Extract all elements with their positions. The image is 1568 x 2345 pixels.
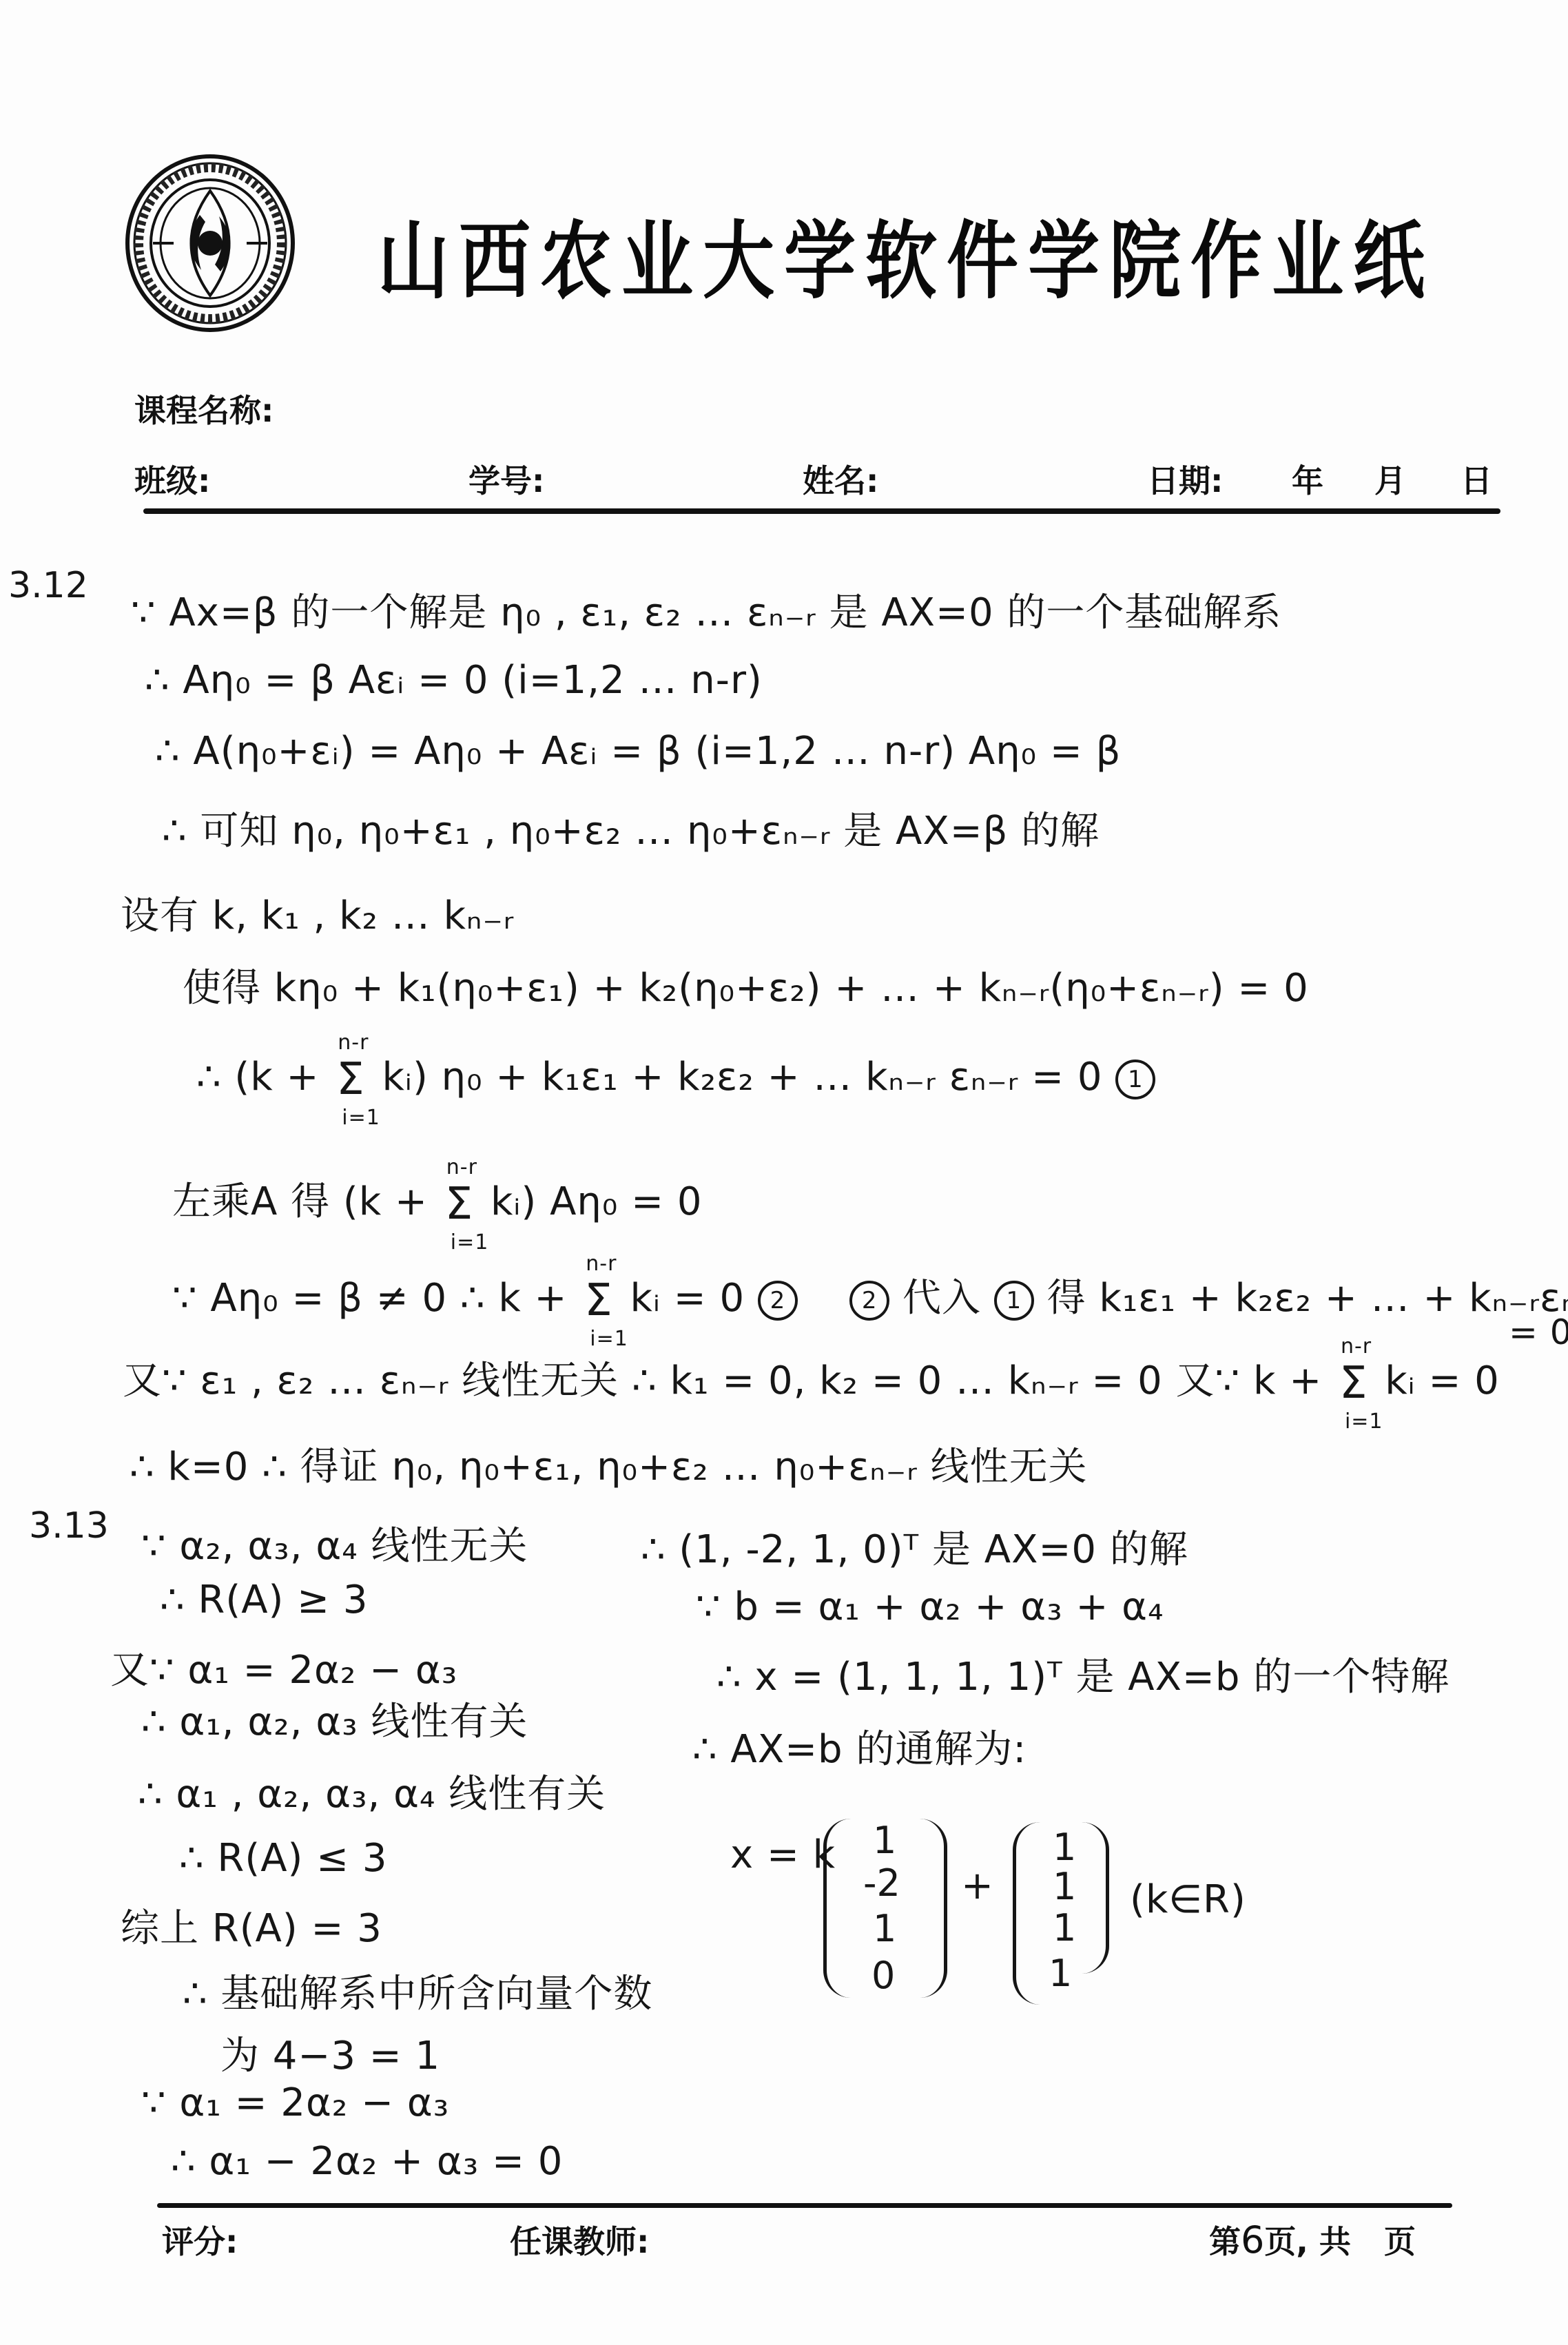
sum-upper-limit: n-r bbox=[1341, 1334, 1372, 1359]
header-divider bbox=[143, 508, 1500, 514]
solution-line: 使得 kη₀ + k₁(η₀+ε₁) + k₂(η₀+ε₂) + … + kₙ₋… bbox=[183, 958, 1309, 1013]
total-pages-suffix: 页 bbox=[1384, 2223, 1416, 2260]
equation-suffix: kᵢ) η₀ + k₁ε₁ + k₂ε₂ + … kₙ₋ᵣ εₙ₋ᵣ = 0 bbox=[382, 1055, 1103, 1099]
solution-line: ∴ α₁, α₂, α₃ 线性有关 bbox=[141, 1691, 528, 1746]
solution-line: ∵ Ax=β 的一个解是 η₀ , ε₁, ε₂ … εₙ₋ᵣ 是 AX=0 的… bbox=[131, 582, 1281, 637]
left-paren bbox=[823, 1819, 854, 1998]
class-label: 班级: bbox=[134, 456, 210, 502]
equation-prefix: ∵ Aη₀ = β ≠ 0 ∴ k + bbox=[172, 1276, 567, 1321]
solution-line: 设有 k, k₁ , k₂ … kₙ₋ᵣ bbox=[121, 885, 514, 940]
footer-divider bbox=[157, 2203, 1452, 2208]
solution-line: ∴ R(A) ≤ 3 bbox=[179, 1836, 388, 1881]
right-paren bbox=[916, 1819, 947, 1998]
problem-number: 3.13 bbox=[29, 1505, 109, 1547]
vector-entry: 0 bbox=[871, 1954, 895, 1997]
equation-marker-1: 1 bbox=[1115, 1060, 1155, 1099]
substitute-result-tail: = 0 bbox=[1509, 1312, 1568, 1352]
vector-entry: 1 bbox=[873, 1907, 896, 1950]
equation-suffix: kᵢ = 0 bbox=[630, 1276, 745, 1321]
sum-upper-limit: n-r bbox=[446, 1155, 477, 1179]
conclusion-line: ∴ k=0 ∴ 得证 η₀, η₀+ε₁, η₀+ε₂ … η₀+εₙ₋ᵣ 线性… bbox=[130, 1436, 1088, 1491]
sum-lower-limit: i=1 bbox=[590, 1327, 628, 1351]
student-name-label: 姓名: bbox=[803, 456, 878, 502]
equation-suffix: kᵢ = 0 bbox=[1385, 1359, 1500, 1403]
equation-prefix: 左乘A 得 (k + bbox=[172, 1179, 428, 1224]
k-condition: (k∈R) bbox=[1130, 1877, 1246, 1922]
sum-lower-limit: i=1 bbox=[342, 1106, 380, 1130]
solution-line: ∵ α₁ = 2α₂ − α₃ bbox=[141, 2080, 449, 2125]
solution-line: ∴ A(η₀+εᵢ) = Aη₀ + Aεᵢ = β (i=1,2 … n-r)… bbox=[155, 729, 1121, 774]
solution-line: ∴ R(A) ≥ 3 bbox=[160, 1578, 369, 1622]
vector-1: 1 -2 1 0 bbox=[823, 1819, 947, 2005]
solution-line: ∴ AX=b 的通解为: bbox=[692, 1719, 1027, 1774]
equation-prefix: ∴ (k + bbox=[196, 1055, 319, 1099]
summation-symbol: n-rΣi=1 bbox=[1339, 1358, 1368, 1409]
page-prefix: 第 bbox=[1209, 2223, 1241, 2260]
right-paren bbox=[1078, 1822, 1109, 1974]
sum-sign: Σ bbox=[445, 1179, 473, 1230]
solution-line: ∵ α₂, α₃, α₄ 线性无关 bbox=[141, 1516, 528, 1571]
solution-line: ∴ x = (1, 1, 1, 1)ᵀ 是 AX=b 的一个特解 bbox=[716, 1646, 1450, 1702]
equation-suffix: kᵢ) Aη₀ = 0 bbox=[491, 1179, 703, 1224]
sum-lower-limit: i=1 bbox=[1345, 1409, 1383, 1434]
day-label: 日 bbox=[1461, 456, 1492, 502]
summation-symbol: n-rΣi=1 bbox=[445, 1179, 473, 1230]
sum-upper-limit: n-r bbox=[586, 1252, 617, 1276]
solution-line: ∴ 可知 η₀, η₀+ε₁ , η₀+ε₂ … η₀+εₙ₋ᵣ 是 AX=β … bbox=[162, 800, 1100, 856]
page-suffix: 页, 共 bbox=[1264, 2223, 1351, 2260]
general-solution-prefix: x = k bbox=[730, 1832, 836, 1877]
vector-entry: 1 bbox=[1053, 1826, 1076, 1869]
vector-entry: 1 bbox=[1053, 1865, 1076, 1908]
solution-line: 综上 R(A) = 3 bbox=[121, 1898, 382, 1953]
vector-entry: -2 bbox=[863, 1861, 900, 1905]
solution-line: ∴ Aη₀ = β Aεᵢ = 0 (i=1,2 … n-r) bbox=[145, 658, 763, 703]
equation-marker-2-ref: 2 bbox=[849, 1281, 889, 1321]
equation-marker-1-ref: 1 bbox=[994, 1281, 1034, 1321]
sum-sign: Σ bbox=[336, 1054, 364, 1105]
vector-entry: 1 bbox=[873, 1819, 896, 1862]
score-label: 评分: bbox=[162, 2217, 238, 2262]
equation-marker-2: 2 bbox=[758, 1281, 798, 1321]
page-title: 山西农业大学软件学院作业纸 bbox=[378, 193, 1434, 315]
solution-line: ∴ (1, -2, 1, 0)ᵀ 是 AX=0 的解 bbox=[641, 1519, 1188, 1574]
university-seal-icon bbox=[124, 153, 296, 333]
plus-sign: + bbox=[961, 1863, 994, 1908]
page-indicator: 第6页, 共 页 bbox=[1209, 2217, 1416, 2262]
solution-line: ∴ 基础解系中所含向量个数 bbox=[183, 1963, 652, 2018]
date-label: 日期: bbox=[1147, 456, 1223, 502]
since-line: ∵ Aη₀ = β ≠ 0 ∴ k + n-rΣi=1 kᵢ = 0 2 2 代… bbox=[172, 1268, 1568, 1326]
solution-line: ∵ b = α₁ + α₂ + α₃ + α₄ bbox=[696, 1584, 1164, 1629]
substitute-result: 得 k₁ε₁ + k₂ε₂ + … + kₙ₋ᵣεₙ₋ᵣ bbox=[1047, 1276, 1568, 1321]
solution-line: ∴ α₁ , α₂, α₃, α₄ 线性有关 bbox=[138, 1764, 606, 1819]
solution-line: 为 4−3 = 1 bbox=[220, 2025, 440, 2080]
teacher-label: 任课教师: bbox=[510, 2217, 649, 2262]
summation-symbol: n-rΣi=1 bbox=[336, 1054, 364, 1105]
sum-sign: Σ bbox=[1339, 1358, 1368, 1409]
vector-2: 1 1 1 1 bbox=[1013, 1822, 1109, 2012]
year-label: 年 bbox=[1292, 456, 1323, 502]
sum-upper-limit: n-r bbox=[338, 1031, 369, 1055]
month-label: 月 bbox=[1374, 456, 1406, 502]
sum-sign: Σ bbox=[584, 1275, 612, 1326]
page-number: 6 bbox=[1241, 2218, 1264, 2262]
left-paren bbox=[1013, 1822, 1044, 2005]
sum-lower-limit: i=1 bbox=[451, 1230, 489, 1254]
left-multiply-line: 左乘A 得 (k + n-rΣi=1 kᵢ) Aη₀ = 0 bbox=[172, 1171, 702, 1230]
student-id-label: 学号: bbox=[468, 456, 544, 502]
vector-entry: 1 bbox=[1049, 1952, 1072, 1995]
solution-line: 又∵ α₁ = 2α₂ − α₃ bbox=[110, 1640, 457, 1695]
independence-line: 又∵ ε₁ , ε₂ … εₙ₋ᵣ 线性无关 ∴ k₁ = 0, k₂ = 0 … bbox=[123, 1350, 1500, 1409]
course-name-label: 课程名称: bbox=[134, 386, 274, 431]
substitute-text: 代入 bbox=[902, 1276, 981, 1321]
problem-number: 3.12 bbox=[8, 565, 88, 606]
solution-line: ∴ α₁ − 2α₂ + α₃ = 0 bbox=[171, 2139, 563, 2184]
equation-prefix: 又∵ ε₁ , ε₂ … εₙ₋ᵣ 线性无关 ∴ k₁ = 0, k₂ = 0 … bbox=[123, 1359, 1322, 1403]
vector-entry: 1 bbox=[1053, 1906, 1076, 1950]
summation-symbol: n-rΣi=1 bbox=[584, 1275, 612, 1326]
equation-1: ∴ (k + n-rΣi=1 kᵢ) η₀ + k₁ε₁ + k₂ε₂ + … … bbox=[196, 1054, 1155, 1105]
